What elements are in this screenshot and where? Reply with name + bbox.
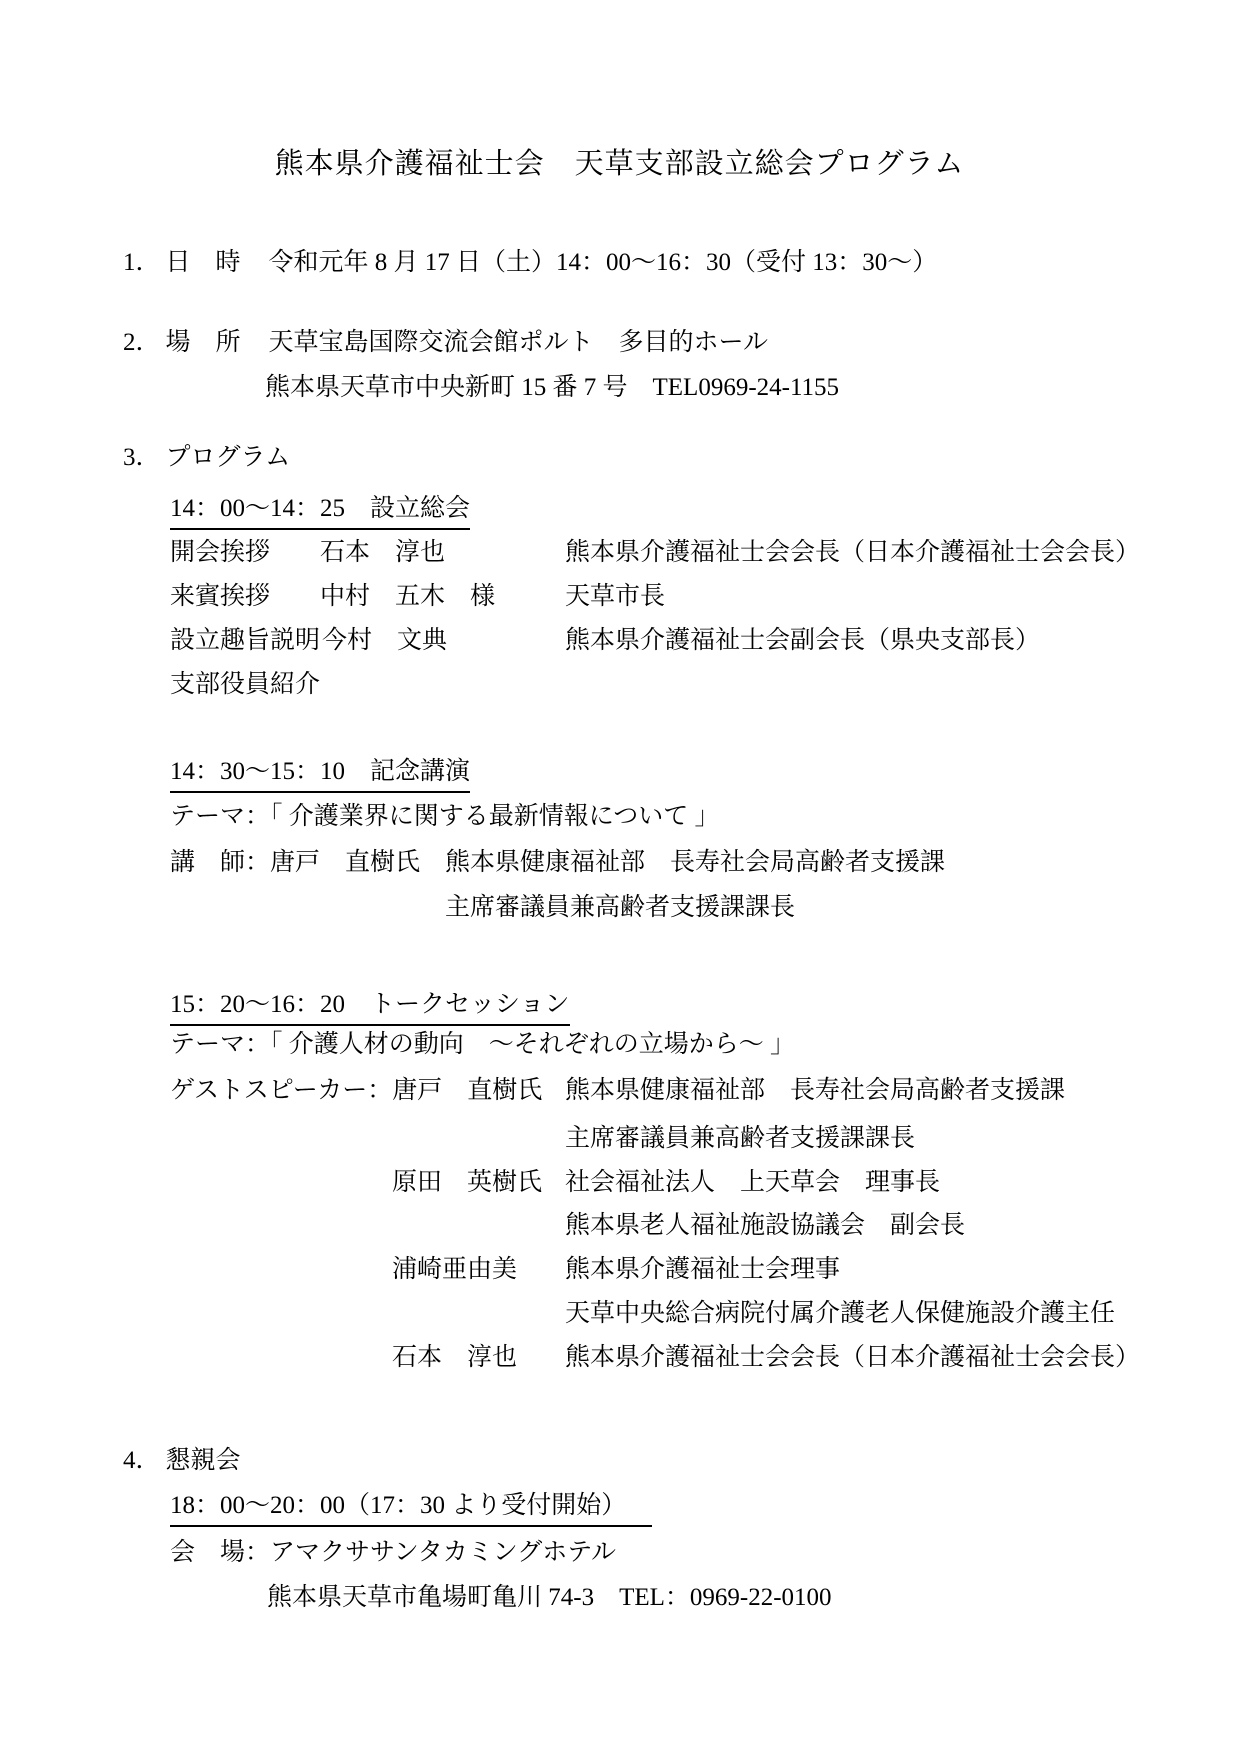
section-program-line: 3．プログラム xyxy=(123,444,290,473)
program-heading-general-meeting: 14：00～14：25 設立総会 xyxy=(170,495,470,530)
section-datetime-number: 1． xyxy=(123,249,161,278)
party-heading: 18：00～20：00（17：30 より受付開始） xyxy=(170,1492,652,1527)
section-place-line: 2．場 所天草宝島国際交流会館ポルト 多目的ホール xyxy=(123,329,768,358)
program-row-name: 中村 五木 様 xyxy=(320,583,495,612)
document-page: 熊本県介護福祉士会 天草支部設立総会プログラム 1．日 時令和元年 8 月 17… xyxy=(0,0,1239,1754)
section-program-label: プログラム xyxy=(166,444,291,473)
guest-speaker-title: 熊本県老人福祉施設協議会 副会長 xyxy=(565,1212,965,1241)
section-datetime-line: 1．日 時令和元年 8 月 17 日（土）14：00～16：30（受付 13：3… xyxy=(123,249,937,278)
section-place-label: 場 所 xyxy=(166,329,241,358)
program-row-role: 支部役員紹介 xyxy=(170,671,320,700)
section-datetime-label: 日 時 xyxy=(166,249,241,278)
section-party-label: 懇親会 xyxy=(166,1447,241,1476)
program-row-role: 開会挨拶 xyxy=(170,539,270,568)
guest-speaker-title: 社会福祉法人 上天草会 理事長 xyxy=(565,1169,940,1198)
section-place-value: 天草宝島国際交流会館ポルト 多目的ホール xyxy=(269,329,769,358)
guest-speaker-title: 熊本県介護福祉士会会長（日本介護福祉士会会長） xyxy=(565,1344,1140,1373)
program-heading-talk-session: 15：20～16：20 トークセッション xyxy=(170,991,570,1026)
program-row-name: 今村 文典 xyxy=(322,627,447,656)
section-place-number: 2． xyxy=(123,329,161,358)
guest-speaker-lead: ゲストスピーカー：唐戸 直樹氏 xyxy=(170,1077,542,1106)
program-row-role: 設立趣旨説明 xyxy=(170,627,320,656)
party-venue-label: 会 場： xyxy=(170,1539,270,1566)
section-datetime-value: 令和元年 8 月 17 日（土）14：00～16：30（受付 13：30～） xyxy=(269,249,938,278)
program-row-role: 来賓挨拶 xyxy=(170,583,270,612)
guest-speaker-name: 石本 淳也 xyxy=(392,1344,517,1373)
party-venue-address: 熊本県天草市亀場町亀川 74-3 TEL：0969-22-0100 xyxy=(267,1584,832,1613)
section-program-number: 3． xyxy=(123,444,161,473)
program-row-name: 石本 淳也 xyxy=(320,539,445,568)
section-party-number: 4． xyxy=(123,1447,161,1476)
guest-speaker-title: 熊本県健康福祉部 長寿社会局高齢者支援課 xyxy=(565,1077,1065,1106)
guest-speaker-name: 浦崎亜由美 xyxy=(392,1256,517,1285)
section-party-line: 4．懇親会 xyxy=(123,1447,241,1476)
program-row-title: 天草市長 xyxy=(565,583,665,612)
lecture-theme: テーマ：「 介護業界に関する最新情報について 」 xyxy=(170,803,720,832)
guest-speaker-name: 唐戸 直樹氏 xyxy=(392,1077,542,1104)
talk-session-theme: テーマ：「 介護人材の動向 ～それぞれの立場から～ 」 xyxy=(170,1031,795,1060)
guest-speaker-lead-label: ゲストスピーカー： xyxy=(170,1077,392,1104)
section-place-address: 熊本県天草市中央新町 15 番 7 号 TEL0969-24-1155 xyxy=(265,374,839,403)
guest-speaker-title: 主席審議員兼高齢者支援課課長 xyxy=(565,1125,915,1154)
program-row-title: 熊本県介護福祉士会会長（日本介護福祉士会会長） xyxy=(565,539,1140,568)
party-venue: 会 場：アマクササンタカミングホテル xyxy=(170,1539,616,1568)
document-title: 熊本県介護福祉士会 天草支部設立総会プログラム xyxy=(0,149,1239,181)
lecture-lecturer-title2: 主席審議員兼高齢者支援課課長 xyxy=(445,894,795,923)
program-row-title: 熊本県介護福祉士会副会長（県央支部長） xyxy=(565,627,1040,656)
guest-speaker-title: 熊本県介護福祉士会理事 xyxy=(565,1256,840,1285)
lecture-lecturer: 講 師：唐戸 直樹氏 熊本県健康福祉部 長寿社会局高齢者支援課 xyxy=(170,849,945,878)
program-heading-lecture: 14：30～15：10 記念講演 xyxy=(170,758,470,793)
guest-speaker-title: 天草中央総合病院付属介護老人保健施設介護主任 xyxy=(565,1300,1115,1329)
guest-speaker-name: 原田 英樹氏 xyxy=(392,1169,542,1198)
party-venue-name: アマクササンタカミングホテル xyxy=(270,1539,616,1566)
